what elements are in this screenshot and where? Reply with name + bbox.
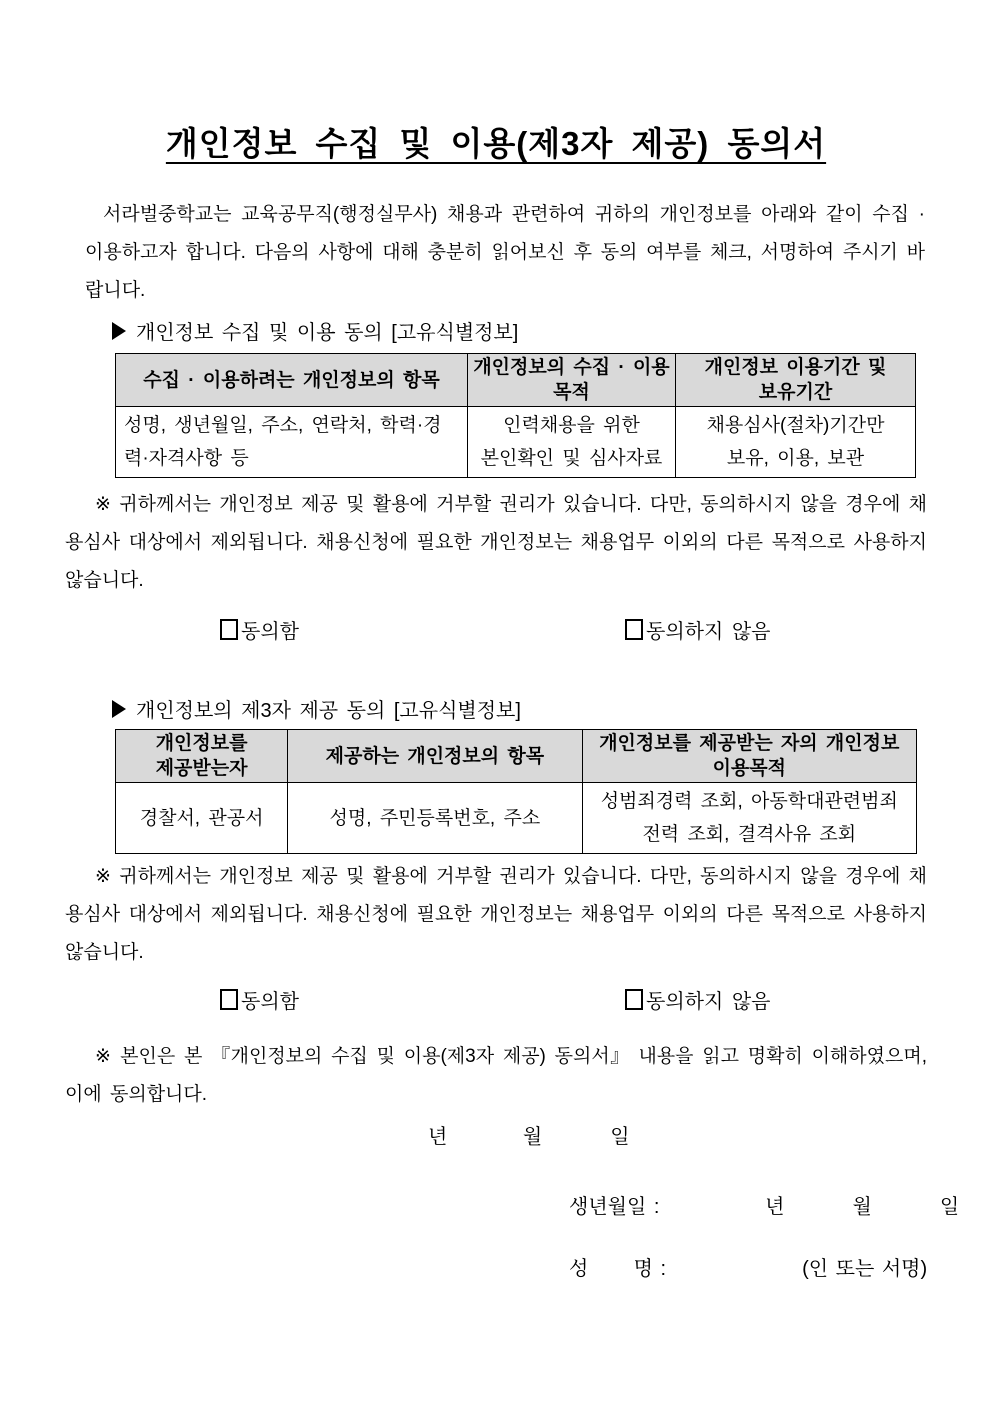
disagree-checkbox[interactable] bbox=[625, 989, 643, 1010]
table-cell: 성명, 생년월일, 주소, 연락처, 학력·경력·자격사항 등 bbox=[116, 407, 468, 478]
section2-disagree-option[interactable]: 동의하지 않음 bbox=[625, 985, 770, 1014]
disagree-checkbox[interactable] bbox=[625, 619, 643, 640]
table-header-cell: 제공하는 개인정보의 항목 bbox=[288, 730, 582, 783]
right-triangle-icon bbox=[112, 700, 126, 718]
disagree-label: 동의하지 않음 bbox=[646, 615, 770, 644]
confirmation-statement: ※ 본인은 본 『개인정보의 수집 및 이용(제3자 제공) 동의서』 내용을 … bbox=[65, 1038, 927, 1114]
table-header-cell: 개인정보를 제공받는 자의 개인정보 이용목적 bbox=[582, 730, 916, 783]
disagree-label: 동의하지 않음 bbox=[646, 985, 770, 1014]
consent-form-page: 개인정보 수집 및 이용(제3자 제공) 동의서 서라벌중학교는 교육공무직(행… bbox=[0, 0, 992, 1403]
table-header-row: 개인정보를 제공받는자 제공하는 개인정보의 항목 개인정보를 제공받는 자의 … bbox=[116, 730, 917, 783]
birthdate-signature-line: 생년월일 : 년 월 일 bbox=[569, 1190, 959, 1219]
table-header-cell: 개인정보 이용기간 및 보유기간 bbox=[676, 354, 916, 407]
table-cell: 인력채용을 위한 본인확인 및 심사자료 bbox=[468, 407, 676, 478]
name-signature-line: 성 명 : (인 또는 서명) bbox=[569, 1252, 927, 1281]
date-signature-line: 년 월 일 bbox=[428, 1120, 630, 1149]
collection-use-consent-table: 수집 · 이용하려는 개인정보의 항목 개인정보의 수집 · 이용 목적 개인정… bbox=[115, 353, 916, 478]
section1-disagree-option[interactable]: 동의하지 않음 bbox=[625, 615, 770, 644]
third-party-provision-table: 개인정보를 제공받는자 제공하는 개인정보의 항목 개인정보를 제공받는 자의 … bbox=[115, 729, 917, 854]
agree-label: 동의함 bbox=[241, 615, 299, 644]
page-title-text: 개인정보 수집 및 이용(제3자 제공) 동의서 bbox=[166, 125, 826, 162]
section1-notice: ※ 귀하께서는 개인정보 제공 및 활용에 거부할 권리가 있습니다. 다만, … bbox=[65, 486, 927, 600]
table-header-cell: 개인정보를 제공받는자 bbox=[116, 730, 288, 783]
table-cell: 경찰서, 관공서 bbox=[116, 783, 288, 854]
agree-label: 동의함 bbox=[241, 985, 299, 1014]
section1-heading: 개인정보 수집 및 이용 동의 [고유식별정보] bbox=[112, 316, 518, 345]
section2-heading: 개인정보의 제3자 제공 동의 [고유식별정보] bbox=[112, 694, 521, 723]
section2-agree-option[interactable]: 동의함 bbox=[220, 985, 299, 1014]
intro-paragraph: 서라벌중학교는 교육공무직(행정실무사) 채용과 관련하여 귀하의 개인정보를 … bbox=[85, 196, 925, 310]
right-triangle-icon bbox=[112, 322, 126, 340]
table-header-cell: 개인정보의 수집 · 이용 목적 bbox=[468, 354, 676, 407]
table-header-row: 수집 · 이용하려는 개인정보의 항목 개인정보의 수집 · 이용 목적 개인정… bbox=[116, 354, 916, 407]
section1-agree-option[interactable]: 동의함 bbox=[220, 615, 299, 644]
table-cell: 성범죄경력 조회, 아동학대관련범죄 전력 조회, 결격사유 조회 bbox=[582, 783, 916, 854]
section2-heading-text: 개인정보의 제3자 제공 동의 [고유식별정보] bbox=[136, 694, 521, 723]
table-cell: 성명, 주민등록번호, 주소 bbox=[288, 783, 582, 854]
table-row: 성명, 생년월일, 주소, 연락처, 학력·경력·자격사항 등 인력채용을 위한… bbox=[116, 407, 916, 478]
table-header-cell: 수집 · 이용하려는 개인정보의 항목 bbox=[116, 354, 468, 407]
table-cell: 채용심사(절차)기간만 보유, 이용, 보관 bbox=[676, 407, 916, 478]
agree-checkbox[interactable] bbox=[220, 989, 238, 1010]
page-title: 개인정보 수집 및 이용(제3자 제공) 동의서 bbox=[0, 118, 992, 165]
table-row: 경찰서, 관공서 성명, 주민등록번호, 주소 성범죄경력 조회, 아동학대관련… bbox=[116, 783, 917, 854]
section2-notice: ※ 귀하께서는 개인정보 제공 및 활용에 거부할 권리가 있습니다. 다만, … bbox=[65, 858, 927, 972]
section1-heading-text: 개인정보 수집 및 이용 동의 [고유식별정보] bbox=[136, 316, 518, 345]
agree-checkbox[interactable] bbox=[220, 619, 238, 640]
